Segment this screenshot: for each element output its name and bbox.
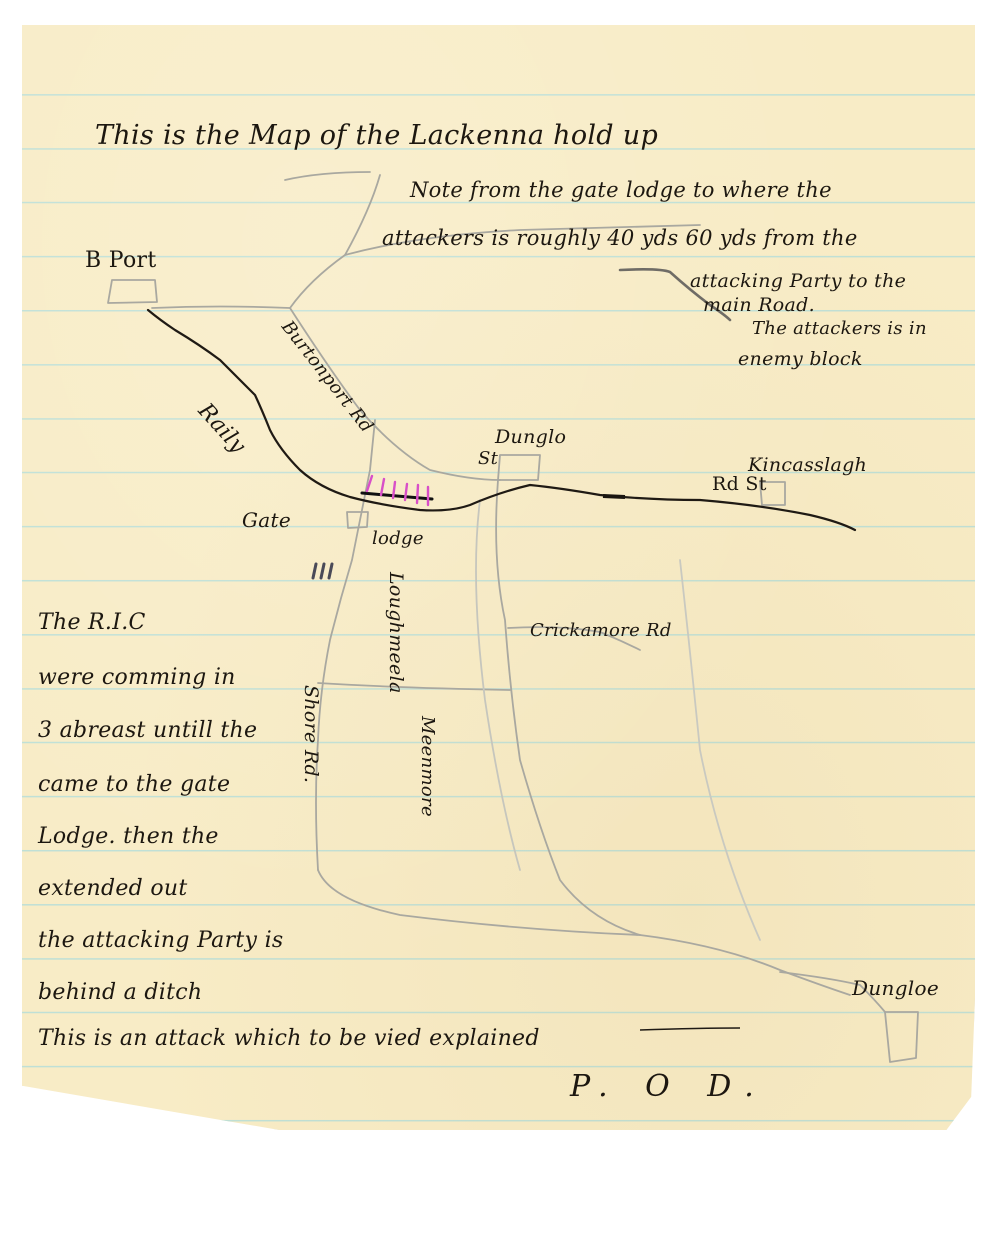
map-title: This is the Map of the Lackenna hold up (95, 122, 658, 149)
shore-road (318, 870, 850, 995)
left-note-line-7: the attacking Party is (38, 930, 284, 952)
bottom-note: This is an attack which to be vied expla… (38, 1028, 540, 1050)
left-note-line-3: 3 abreast untill the (38, 720, 257, 742)
railway-line (148, 310, 855, 530)
label-crickamore-rd: Crickamore Rd (530, 622, 672, 640)
gate-lodge-box (347, 512, 368, 528)
note-line-6: enemy block (738, 350, 863, 369)
label-dunglo-st: St (478, 450, 498, 468)
dungloe-box (885, 1012, 918, 1062)
label-loughmeela: Loughmeela (386, 572, 405, 694)
ric-marks (313, 564, 332, 578)
label-dungloe: Dungloe (852, 978, 939, 998)
left-note-line-2: were comming in (38, 667, 236, 689)
note-line-4: main Road. (703, 296, 815, 315)
note-line-3: attacking Party to the (690, 272, 906, 291)
road-dunglo-south (496, 480, 640, 935)
note-line-5: The attackers is in (752, 320, 927, 338)
left-note-line-1: The R.I.C (38, 612, 146, 634)
note-line-2: attackers is roughly 40 yds 60 yds from … (382, 228, 858, 249)
note-line-1: Note from the gate lodge to where the (410, 180, 832, 201)
left-note-line-6: extended out (38, 878, 188, 900)
left-note-line-5: Lodge. then the (38, 826, 219, 848)
label-bport: B Port (85, 250, 156, 272)
label-shore-rd: Shore Rd. (301, 685, 320, 783)
signature: P. O D. (570, 1072, 768, 1102)
label-dunglo: Dunglo (495, 428, 566, 447)
attack-position-bar (362, 493, 432, 499)
label-lodge: lodge (372, 530, 424, 548)
attack-hatching (367, 476, 428, 505)
left-note-line-4: came to the gate (38, 774, 230, 796)
bport-box (108, 280, 157, 303)
label-meenmore: Meenmore (418, 716, 436, 817)
left-note-line-8: behind a ditch (38, 982, 202, 1004)
road-bport-east (152, 307, 290, 309)
burtonport-road (290, 308, 500, 480)
label-gate: Gate (242, 510, 291, 530)
label-kincasslagh-rd: Rd St (712, 475, 767, 494)
